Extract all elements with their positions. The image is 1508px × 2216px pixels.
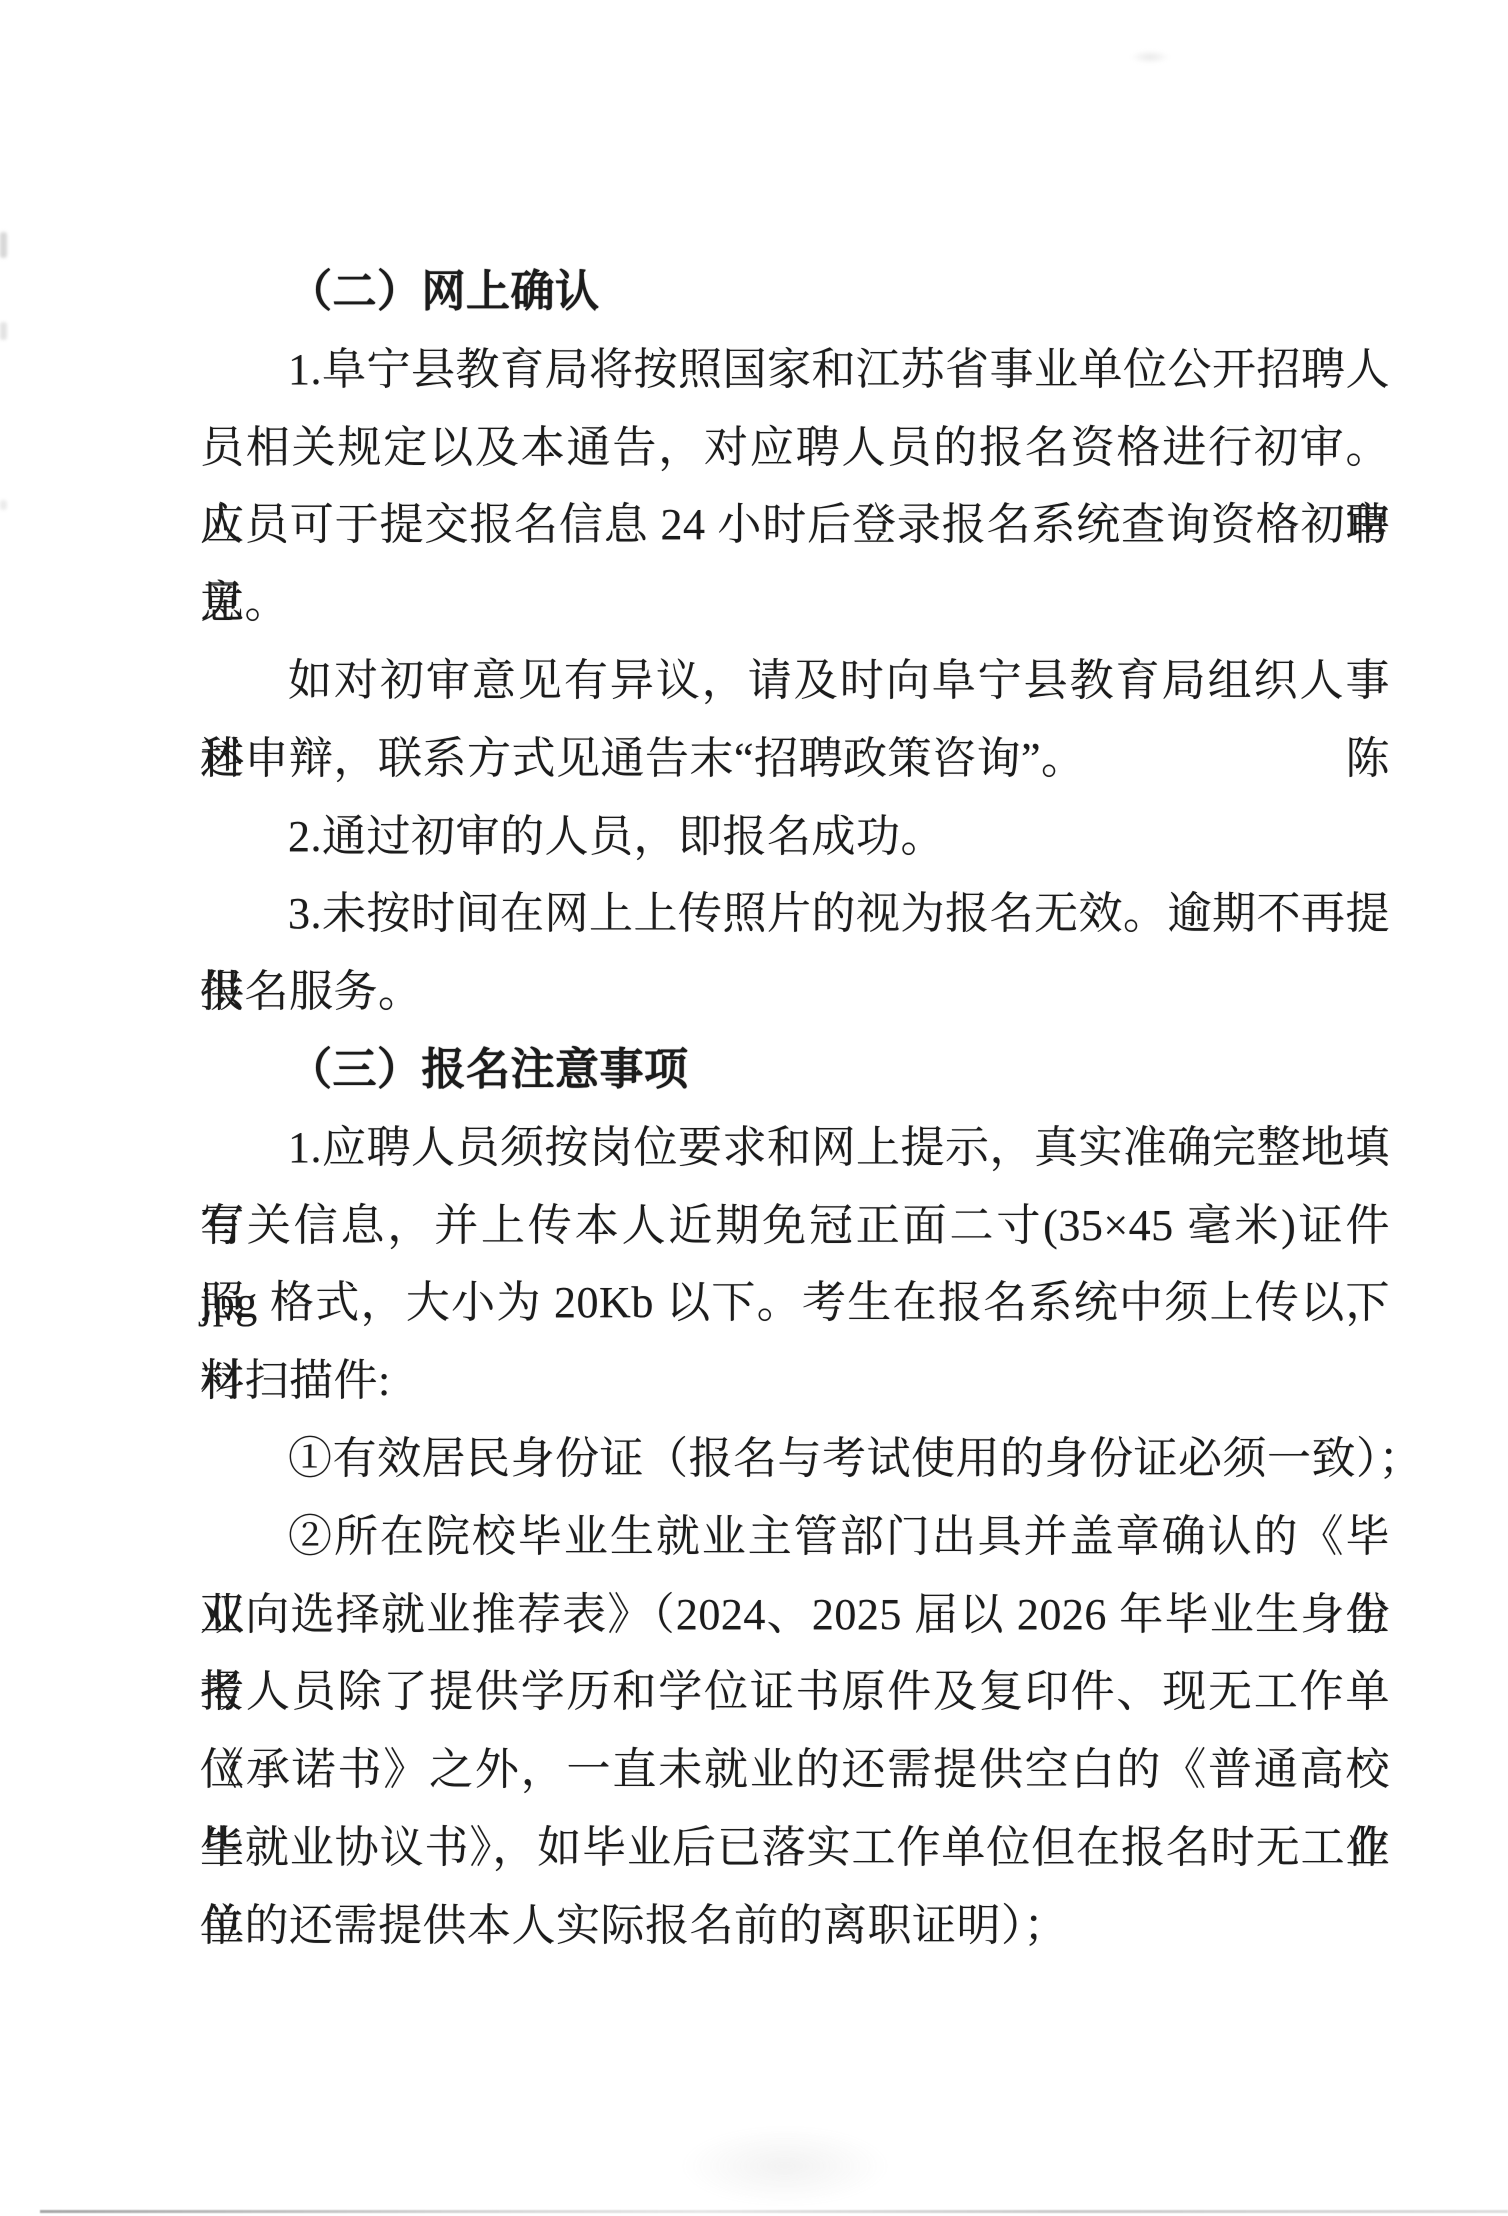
scan-edge-line [40,2210,1508,2213]
body-line: 位的还需提供本人实际报名前的离职证明）； [200,1887,1390,1965]
section-heading-registration-notes: （三）报名注意事项 [200,1031,1390,1109]
body-line: 有关信息，并上传本人近期免冠正面二寸(35×45 毫米)证件照， [200,1187,1390,1265]
scan-smudge [0,500,7,510]
body-line: 报名服务。 [200,953,1390,1031]
body-line-id-card-item: ①有效居民身份证（报名与考试使用的身份证必须一致）； [200,1420,1390,1498]
document-text-block: （二）网上确认 1.阜宁县教育局将按照国家和江苏省事业单位公开招聘人 员相关规定… [200,253,1390,1965]
body-line: 生就业协议书》，如毕业后已落实工作单位但在报名时无工作单 [200,1809,1390,1887]
body-line: 2.通过初审的人员，即报名成功。 [200,798,1390,876]
body-line: 见。 [200,564,1390,642]
scan-smudge [1130,50,1170,64]
body-line: 双向选择就业推荐表》（2024、2025 届以 2026 年毕业生身份报 [200,1576,1390,1654]
body-line: jpg 格式，大小为 20Kb 以下。考生在报名系统中须上传以下材 [200,1264,1390,1342]
body-line: 人员可于提交报名信息 24 小时后登录报名系统查询资格初审意 [200,486,1390,564]
body-line: 如对初审意见有异议，请及时向阜宁县教育局组织人事科陈 [200,642,1390,720]
body-line: 考人员除了提供学历和学位证书原件及复印件、现无工作单位 [200,1653,1390,1731]
body-line: 员相关规定以及本通告，对应聘人员的报名资格进行初审。应聘 [200,409,1390,487]
body-line: 3.未按时间在网上上传照片的视为报名无效。逾期不再提供 [200,875,1390,953]
body-line: 1.阜宁县教育局将按照国家和江苏省事业单位公开招聘人 [200,331,1390,409]
scan-smudge [0,322,7,340]
body-line: 料扫描件: [200,1342,1390,1420]
scan-smudge [0,232,7,258]
body-line: 《承诺书》之外，一直未就业的还需提供空白的《普通高校毕业 [200,1731,1390,1809]
scanned-document-page: （二）网上确认 1.阜宁县教育局将按照国家和江苏省事业单位公开招聘人 员相关规定… [0,0,1508,2216]
scan-smudge [680,2126,890,2206]
body-line: 1.应聘人员须按岗位要求和网上提示，真实准确完整地填写 [200,1109,1390,1187]
body-line-recommendation-form-item: ②所在院校毕业生就业主管部门出具并盖章确认的《毕业生 [200,1498,1390,1576]
section-heading-online-confirmation: （二）网上确认 [200,253,1390,331]
